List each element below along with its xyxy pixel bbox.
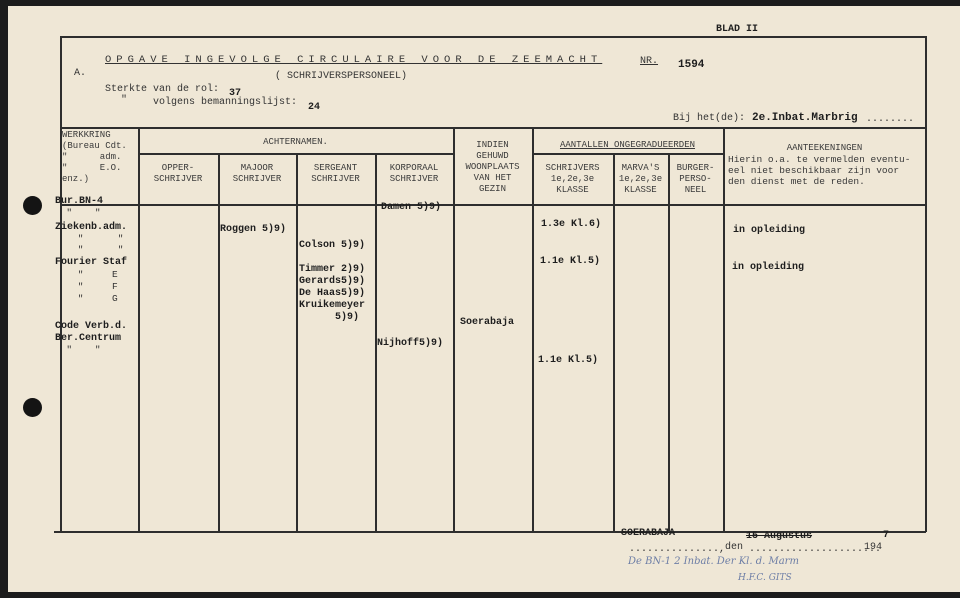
werkkring-entry: " E bbox=[55, 269, 118, 280]
unit-dots: ........ bbox=[866, 114, 914, 125]
footer-date: 15 Augustus bbox=[746, 531, 812, 542]
sergeant-entry: Gerards5)9) bbox=[299, 276, 365, 287]
korporaal-entry: Nijhoff5)9) bbox=[377, 338, 443, 349]
crew-list-label: volgens bemanningslijst: bbox=[153, 97, 297, 108]
footer-den-label: den bbox=[725, 542, 743, 553]
handwritten-note: De BN-1 2 Inbat. Der Kl. d. Marm bbox=[628, 556, 799, 567]
ditto-mark: " bbox=[121, 95, 127, 106]
aanteekeningen-instructions: Hierin o.a. te vermelden eventu- eel nie… bbox=[728, 154, 924, 187]
sergeant-entry: Kruikemeyer bbox=[299, 300, 365, 311]
document-title: OPGAVE INGEVOLGE CIRCULAIRE VOOR DE ZEEM… bbox=[105, 55, 602, 66]
werkkring-entry: Ziekenb.adm. bbox=[55, 222, 127, 233]
majoor-entry: Roggen 5)9) bbox=[220, 224, 286, 235]
werkkring-entry: " " bbox=[55, 344, 101, 355]
sheet-label: BLAD II bbox=[716, 24, 758, 35]
werkkring-entry: Fourier Staf bbox=[55, 257, 127, 268]
signature: H.F.C. GITS bbox=[738, 573, 792, 583]
punch-hole bbox=[23, 196, 42, 215]
werkkring-entry: Ber.Centrum bbox=[55, 333, 121, 344]
header-opperschrijver: OPPER-SCHRIJVER bbox=[138, 163, 218, 185]
schrijvers-entry: 1.1e Kl.5) bbox=[538, 355, 598, 366]
schrijvers-entry: 1.3e Kl.6) bbox=[541, 219, 601, 230]
footer-place: SOERABAJA bbox=[621, 528, 675, 539]
schrijvers-entry: 1.1e Kl.5) bbox=[540, 256, 600, 267]
title-nr-label: NR. bbox=[640, 56, 658, 67]
col-line bbox=[296, 153, 298, 532]
unit-label: Bij het(de): bbox=[673, 113, 745, 124]
sergeant-entry: 5)9) bbox=[299, 312, 359, 323]
header-korporaal-schrijver: KORPORAALSCHRIJVER bbox=[375, 163, 453, 185]
strength-label: Sterkte van de rol: bbox=[105, 84, 219, 95]
korporaal-entry: Damen 5)9) bbox=[381, 202, 441, 213]
header-burgerpersoneel: BURGER-PERSO-NEEL bbox=[668, 163, 723, 196]
col-line bbox=[138, 127, 140, 532]
woonplaats-entry: Soerabaja bbox=[460, 317, 514, 328]
footer-place-dots: ..............., bbox=[629, 544, 725, 555]
header-marvas: MARVA'S1e,2e,3eKLASSE bbox=[613, 163, 668, 196]
col-line bbox=[218, 153, 220, 532]
header-sergeant-schrijver: SERGEANTSCHRIJVER bbox=[296, 163, 375, 185]
sergeant-entry: De Haas5)9) bbox=[299, 288, 365, 299]
aanteekening-entry: in opleiding bbox=[733, 225, 805, 236]
footer-year-digit: 7 bbox=[883, 530, 889, 541]
frame-top bbox=[60, 36, 926, 38]
col-line bbox=[723, 127, 725, 532]
sergeant-entry: Colson 5)9) bbox=[299, 240, 365, 251]
header-woonplaats: INDIEN GEHUWD WOONPLAATS VAN HET GEZIN bbox=[453, 140, 532, 195]
header-bottom-line bbox=[60, 204, 926, 206]
punch-hole bbox=[23, 398, 42, 417]
header-majoor-schrijver: MAJOORSCHRIJVER bbox=[218, 163, 296, 185]
header-schrijvers: SCHRIJVERS1e,2e,3eKLASSE bbox=[532, 163, 613, 196]
werkkring-entry: Bur.BN-4 bbox=[55, 196, 103, 207]
header-werkkring: WERKKRING (Bureau Cdt. " adm. " E.O. enz… bbox=[62, 130, 138, 185]
frame-right bbox=[925, 36, 927, 532]
werkkring-entry: " F bbox=[55, 281, 118, 292]
col-line bbox=[613, 153, 615, 532]
section-marker: A. bbox=[74, 68, 86, 79]
table-top-line bbox=[60, 127, 926, 129]
header-achternamen: ACHTERNAMEN. bbox=[138, 137, 453, 148]
col-line bbox=[668, 153, 670, 532]
unit-value: 2e.Inbat.Marbrig bbox=[752, 113, 858, 124]
werkkring-entry: " " bbox=[55, 244, 123, 255]
werkkring-entry: Code Verb.d. bbox=[55, 321, 127, 332]
title-number: 1594 bbox=[678, 60, 704, 71]
sergeant-entry: Timmer 2)9) bbox=[299, 264, 365, 275]
werkkring-entry: " " bbox=[55, 207, 101, 218]
header-aanteekeningen: AANTEEKENINGEN bbox=[723, 143, 926, 154]
werkkring-entry: " G bbox=[55, 293, 118, 304]
aanteekening-entry: in opleiding bbox=[732, 262, 804, 273]
aantallen-divider bbox=[532, 153, 723, 155]
header-aantallen: AANTALLEN ONGEGRADUEERDEN bbox=[532, 140, 723, 151]
crew-list-value: 24 bbox=[308, 102, 320, 113]
footer-date-dots: ...................... bbox=[749, 544, 881, 555]
werkkring-entry: " " bbox=[55, 233, 123, 244]
subtitle: ( SCHRIJVERSPERSONEEL) bbox=[275, 71, 407, 82]
footer-year-prefix: 194 bbox=[864, 542, 882, 553]
